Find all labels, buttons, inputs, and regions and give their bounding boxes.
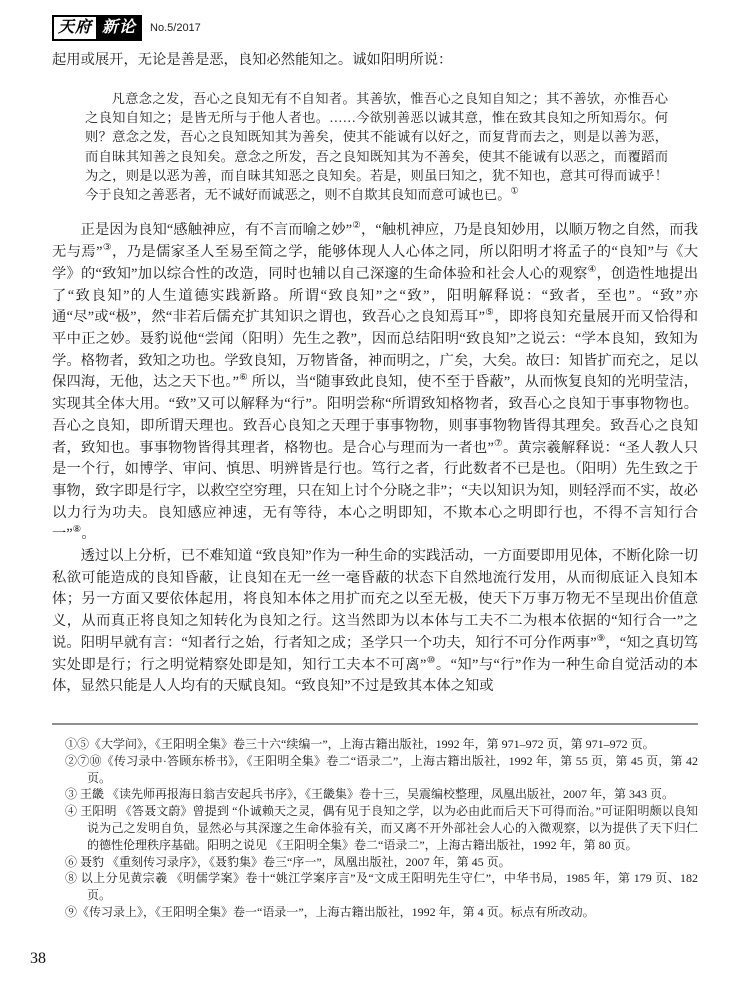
footnote-item: ①⑤《大学问》，《王阳明全集》卷三十六“续编一”，上海古籍出版社，1992 年，… bbox=[65, 736, 698, 753]
body-paragraph-3: 透过以上分析，已不难知道 “致良知”作为一种生命的实践活动，一方面要即用见体，不… bbox=[52, 546, 698, 698]
footnotes-section: ①⑤《大学问》，《王阳明全集》卷三十六“续编一”，上海古籍出版社，1992 年，… bbox=[65, 736, 698, 921]
page-number: 38 bbox=[30, 950, 46, 968]
footnote-item: ②⑦⑩《传习录中·答顾东桥书》，《王阳明全集》卷二“语录二”，上海古籍出版社，1… bbox=[65, 753, 698, 787]
logo-tianfu-box: 天府 bbox=[52, 15, 98, 41]
journal-logo: 天府 新论 bbox=[52, 15, 142, 41]
article-body: 起用或展开，无论是善是恶，良知必然能知之。诚如阳明所说： 凡意念之发，吾心之良知… bbox=[52, 50, 698, 698]
footnote-item: ⑥ 聂豹 《重刻传习录序》，《聂豹集》卷三“序一”，凤凰出版社，2007 年，第… bbox=[65, 854, 698, 871]
footnote-item: ⑨《传习录上》，《王阳明全集》卷一“语录一”，上海古籍出版社，1992 年，第 … bbox=[65, 904, 698, 921]
footnote-item: ④ 王阳明 《答聂文蔚》曾提到 “仆诚赖天之灵，偶有见于良知之学，以为必由此而后… bbox=[65, 803, 698, 853]
footnote-item: ⑧ 以上分见黄宗羲 《明儒学案》卷十“姚江学案序言”及“文成王阳明先生守仁”，中… bbox=[65, 870, 698, 904]
footnote-separator bbox=[52, 723, 698, 725]
page-header: 天府 新论 No.5/2017 bbox=[52, 0, 698, 41]
block-quote: 凡意念之发，吾心之良知无有不自知者。其善欤，惟吾心之良知自知之；其不善欤，亦惟吾… bbox=[85, 89, 668, 205]
body-paragraph-2: 正是因为良知“感触神应，有不言而喻之妙”②，“触机神应，乃是良知妙用，以顺万物之… bbox=[52, 220, 698, 546]
journal-page: 天府 新论 No.5/2017 起用或展开，无论是善是恶，良知必然能知之。诚如阳… bbox=[0, 0, 750, 1000]
issue-number: No.5/2017 bbox=[150, 22, 201, 34]
footnote-item: ③ 王畿 《读先师再报海日翁吉安起兵书序》，《王畿集》卷十三，吴震编校整理，凤凰… bbox=[65, 786, 698, 803]
logo-xinlun-box: 新论 bbox=[98, 15, 142, 41]
intro-paragraph: 起用或展开，无论是善是恶，良知必然能知之。诚如阳明所说： bbox=[52, 50, 698, 72]
